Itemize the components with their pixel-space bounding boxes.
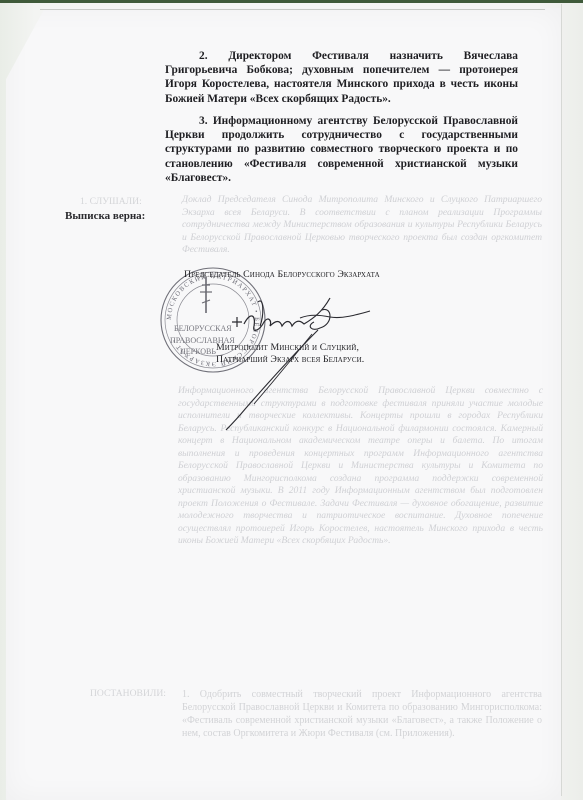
page-top-edge [40,9,545,10]
signatory-title: Председатель Синода Белорусского Экзарха… [184,269,380,280]
item-2-text: 2. Директором Фестиваля назначить Вячесл… [165,49,518,106]
bleed-label-heard: 1. СЛУШАЛИ: [80,196,142,207]
svg-text:ЦЕРКОВЬ: ЦЕРКОВЬ [180,347,216,356]
bleed-decision-1: 1. Одобрить совместный творческий проект… [182,688,542,740]
extract-certified-label: Выписка верна: [65,210,145,222]
signatory-exarch: Патриарший Экзарх всея Беларуси. [216,354,364,365]
resolution-item-2: 2. Директором Фестиваля назначить Вячесл… [165,49,518,106]
item-3-text: 3. Информационному агентству Белорусской… [165,114,518,185]
resolution-item-3: 3. Информационному агентству Белорусской… [165,114,518,185]
page-right-edge [561,4,562,796]
svg-text:БЕЛОРУССКАЯ: БЕЛОРУССКАЯ [174,324,232,333]
signatory-rank: Митрополит Минский и Слуцкий, [216,342,359,353]
bleed-paragraph-2: Информационного агентства Белорусской Пр… [178,385,543,675]
bleed-label-resolved: ПОСТАНОВИЛИ: [90,688,166,699]
